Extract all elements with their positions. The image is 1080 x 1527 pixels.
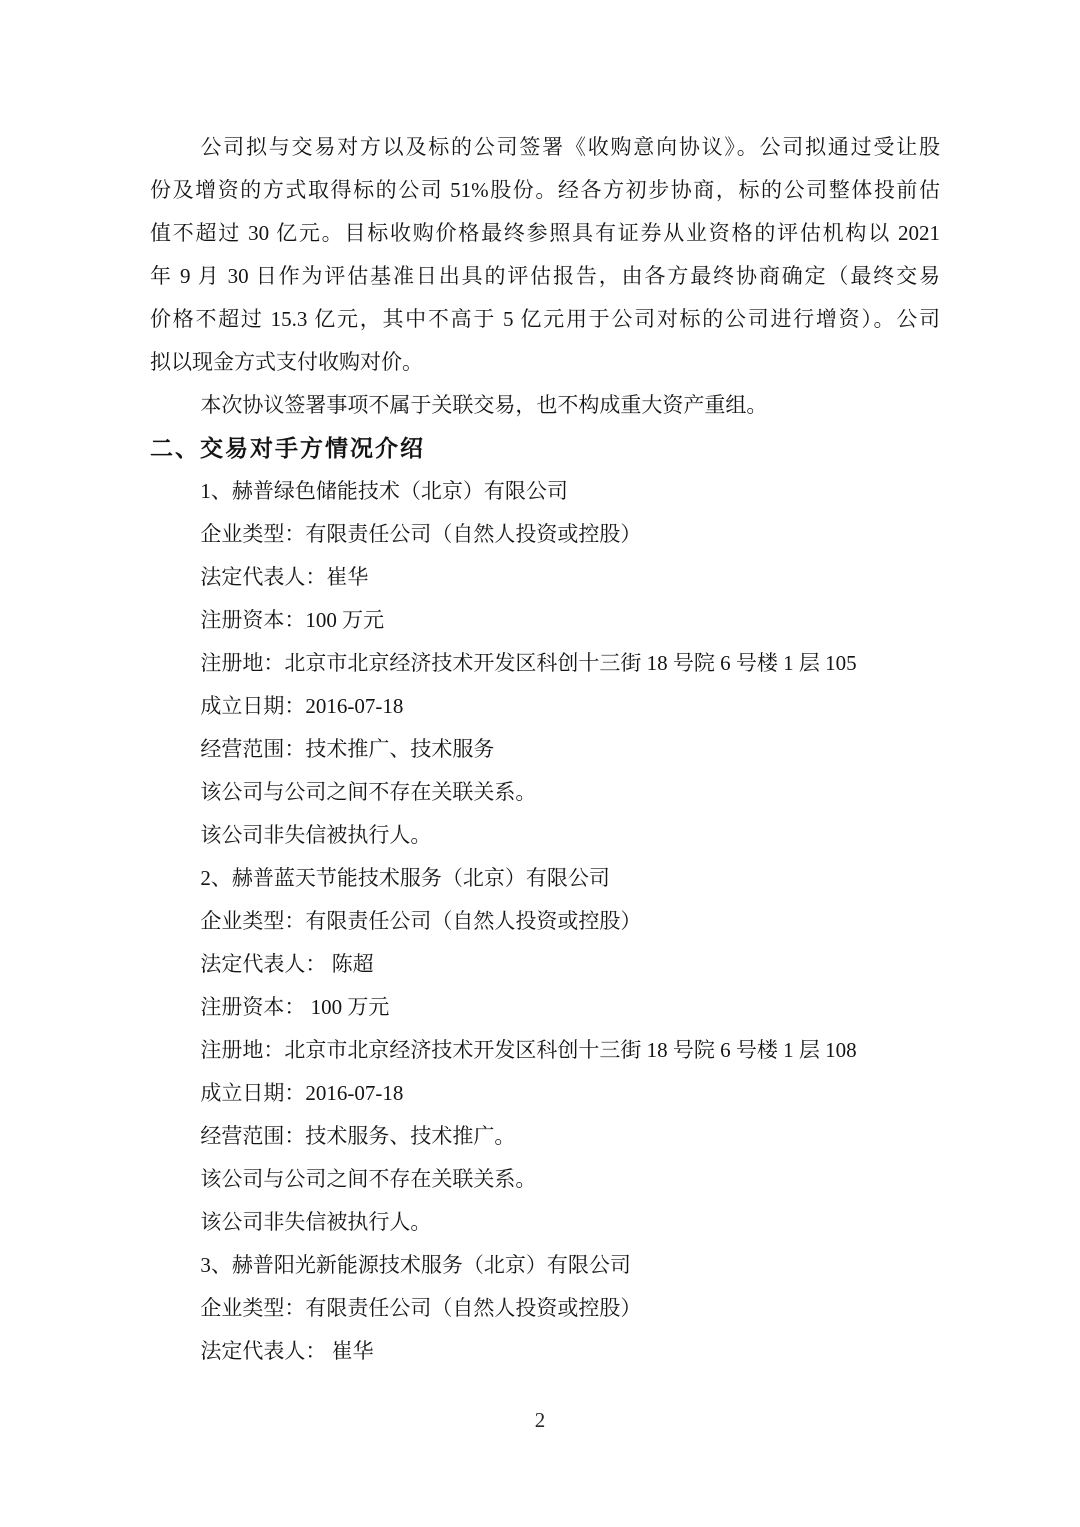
company-field-registered-address: 注册地：北京市北京经济技术开发区科创十三街 18 号院 6 号楼 1 层 105 [150, 642, 940, 685]
company-field-business-scope: 经营范围：技术推广、技术服务 [150, 728, 940, 771]
company-field-legal-representative: 法定代表人：崔华 [150, 556, 940, 599]
company-field-establishment-date: 成立日期：2016-07-18 [150, 1072, 940, 1115]
page-number: 2 [0, 1408, 1080, 1433]
company-field-business-scope: 经营范围：技术服务、技术推广。 [150, 1115, 940, 1158]
intro-paragraph-line: 值不超过 30 亿元。目标收购价格最终参照具有证券从业资格的评估机构以 2021 [150, 212, 940, 255]
intro-paragraph-line: 价格不超过 15.3 亿元，其中不高于 5 亿元用于公司对标的公司进行增资）。公… [150, 298, 940, 341]
intro-paragraph-line: 公司拟与交易对方以及标的公司签署《收购意向协议》。公司拟通过受让股 [150, 126, 940, 169]
company-field-legal-representative: 法定代表人： 陈超 [150, 943, 940, 986]
note-paragraph: 本次协议签署事项不属于关联交易，也不构成重大资产重组。 [150, 384, 940, 427]
company-field-registered-capital: 注册资本： 100 万元 [150, 986, 940, 1029]
intro-paragraph-line: 份及增资的方式取得标的公司 51%股份。经各方初步协商，标的公司整体投前估 [150, 169, 940, 212]
company-field-credit-statement: 该公司非失信被执行人。 [150, 1201, 940, 1244]
company-field-legal-representative: 法定代表人： 崔华 [150, 1330, 940, 1373]
company-field-credit-statement: 该公司非失信被执行人。 [150, 814, 940, 857]
section-heading: 二、交易对手方情况介绍 [150, 427, 940, 470]
company-field-enterprise-type: 企业类型：有限责任公司（自然人投资或控股） [150, 900, 940, 943]
document-page: 公司拟与交易对方以及标的公司签署《收购意向协议》。公司拟通过受让股 份及增资的方… [0, 0, 1080, 1527]
company-title: 1、赫普绿色储能技术（北京）有限公司 [150, 470, 940, 513]
intro-paragraph-line: 年 9 月 30 日作为评估基准日出具的评估报告，由各方最终协商确定（最终交易 [150, 255, 940, 298]
company-field-enterprise-type: 企业类型：有限责任公司（自然人投资或控股） [150, 513, 940, 556]
company-field-relationship-statement: 该公司与公司之间不存在关联关系。 [150, 1158, 940, 1201]
company-field-establishment-date: 成立日期：2016-07-18 [150, 685, 940, 728]
company-field-registered-capital: 注册资本：100 万元 [150, 599, 940, 642]
company-title: 3、赫普阳光新能源技术服务（北京）有限公司 [150, 1244, 940, 1287]
company-field-relationship-statement: 该公司与公司之间不存在关联关系。 [150, 771, 940, 814]
company-field-enterprise-type: 企业类型：有限责任公司（自然人投资或控股） [150, 1287, 940, 1330]
company-field-registered-address: 注册地：北京市北京经济技术开发区科创十三街 18 号院 6 号楼 1 层 108 [150, 1029, 940, 1072]
intro-paragraph-line: 拟以现金方式支付收购对价。 [150, 341, 940, 384]
document-content: 公司拟与交易对方以及标的公司签署《收购意向协议》。公司拟通过受让股 份及增资的方… [150, 126, 940, 1373]
company-title: 2、赫普蓝天节能技术服务（北京）有限公司 [150, 857, 940, 900]
